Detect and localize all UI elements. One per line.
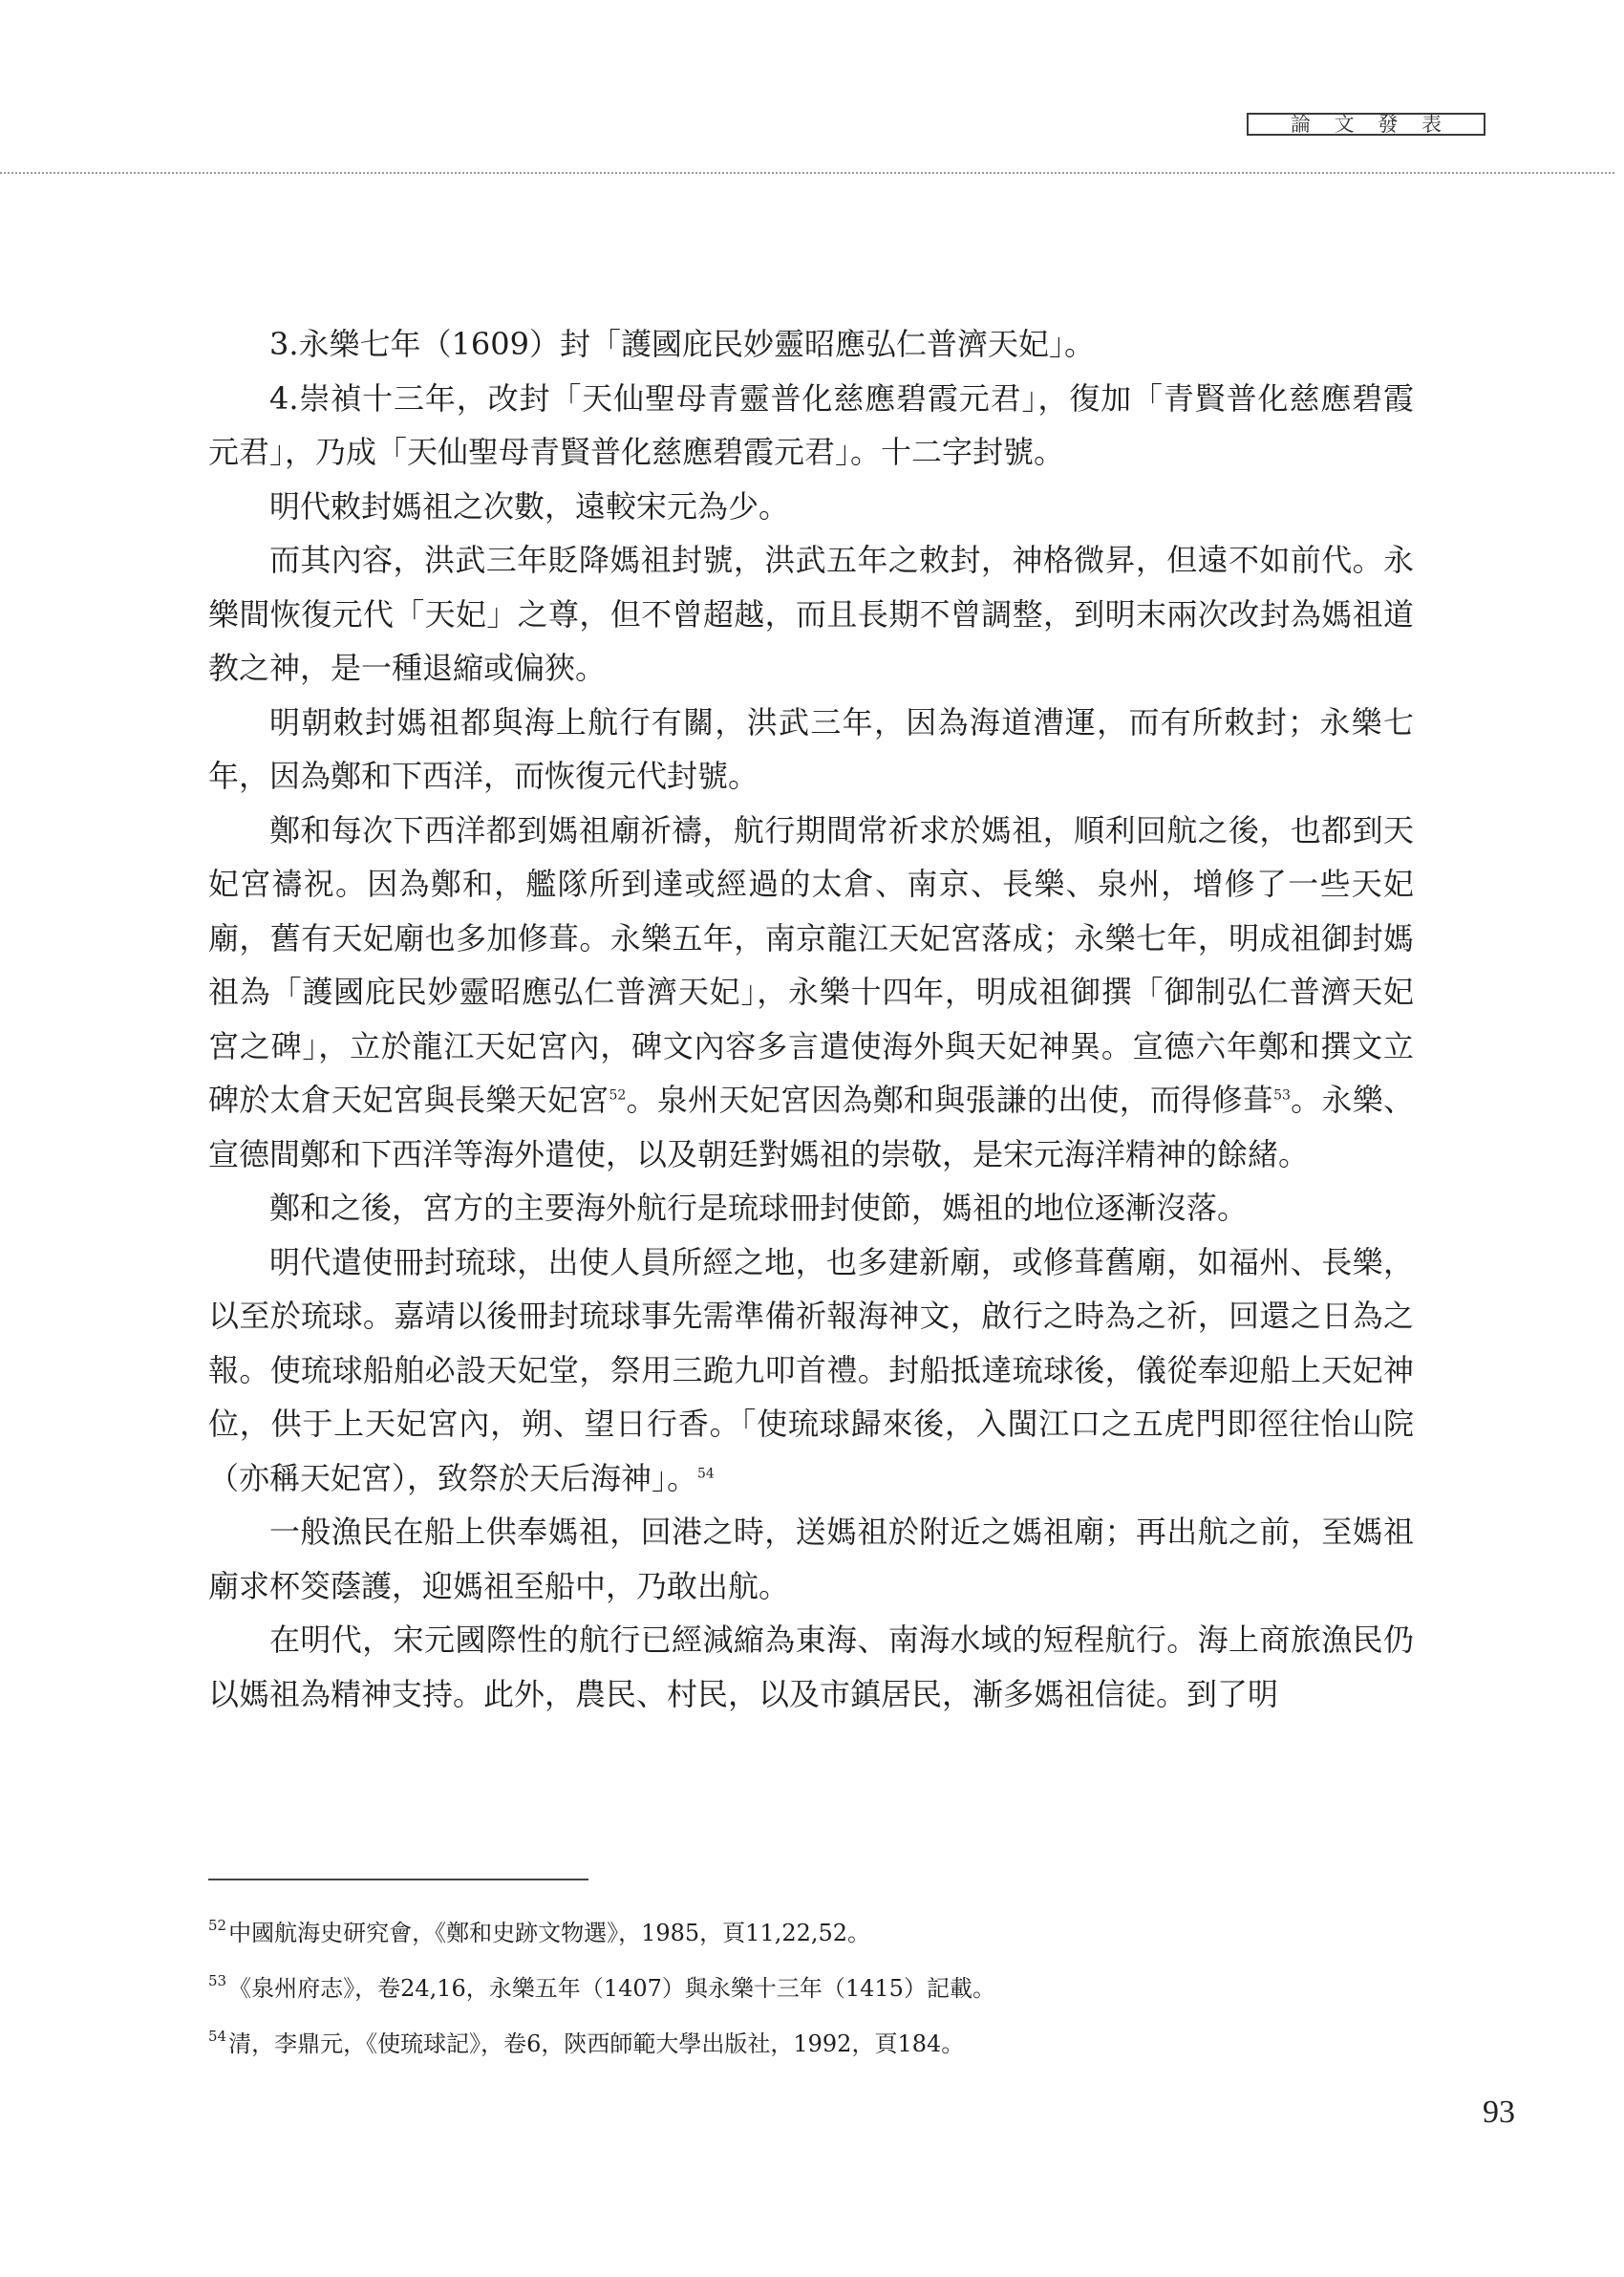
footnote-53: 53《泉州府志》，卷24,16，永樂五年（1407）與永樂十三年（1415）記載…	[208, 1957, 1259, 2012]
paragraph-ryukyu: 明代遣使冊封琉球，出使人員所經之地，也多建新廟，或修葺舊廟，如福州、長樂，以至於…	[208, 1235, 1414, 1506]
paragraph-text: 明代遣使冊封琉球，出使人員所經之地，也多建新廟，或修葺舊廟，如福州、長樂，以至於…	[208, 1244, 1414, 1496]
footnote-number: 53	[208, 1972, 226, 1989]
page-number: 93	[1483, 2094, 1515, 2131]
paragraph: 鄭和之後，宮方的主要海外航行是琉球冊封使節，媽祖的地位逐漸沒落。	[208, 1181, 1414, 1235]
paragraph: 明代敕封媽祖之次數，遠較宋元為少。	[208, 480, 1414, 534]
footnote-number: 52	[208, 1917, 226, 1934]
footnotes: 52中國航海史研究會，《鄭和史跡文物選》，1985，頁11,22,52。 53《…	[208, 1901, 1259, 2068]
paragraph-item-3: 3.永樂七年（1609）封「護國庇民妙靈昭應弘仁普濟天妃」。	[208, 317, 1414, 372]
paragraph-text: 鄭和每次下西洋都到媽祖廟祈禱，航行期間常祈求於媽祖，順利回航之後，也都到天妃宮禱…	[208, 812, 1414, 1119]
paragraph-item-4: 4.崇禎十三年，改封「天仙聖母青靈普化慈應碧霞元君」，復加「青賢普化慈應碧霞元君…	[208, 372, 1414, 480]
body-text: 3.永樂七年（1609）封「護國庇民妙靈昭應弘仁普濟天妃」。 4.崇禎十三年，改…	[208, 317, 1414, 1721]
footnote-text: 中國航海史研究會，《鄭和史跡文物選》，1985，頁11,22,52。	[228, 1920, 870, 1946]
paragraph: 在明代，宋元國際性的航行已經減縮為東海、南海水域的短程航行。海上商旅漁民仍以媽祖…	[208, 1613, 1414, 1721]
paragraph: 一般漁民在船上供奉媽祖，回港之時，送媽祖於附近之媽祖廟；再出航之前，至媽祖廟求杯…	[208, 1505, 1414, 1613]
footnote-text: 《泉州府志》，卷24,16，永樂五年（1407）與永樂十三年（1415）記載。	[228, 1975, 995, 2002]
footnote-number: 54	[208, 2028, 226, 2045]
footnote-divider	[208, 1879, 588, 1880]
footnote-52: 52中國航海史研究會，《鄭和史跡文物選》，1985，頁11,22,52。	[208, 1901, 1259, 1957]
section-header-box: 論 文 發 表	[1247, 113, 1485, 136]
footnote-ref-53[interactable]: 53	[1273, 1087, 1291, 1103]
paragraph-text: 。泉州天妃宮因為鄭和與張謙的出使，而得修葺	[626, 1082, 1273, 1118]
paragraph-zheng-he: 鄭和每次下西洋都到媽祖廟祈禱，航行期間常祈求於媽祖，順利回航之後，也都到天妃宮禱…	[208, 804, 1414, 1182]
paragraph: 明朝敕封媽祖都與海上航行有關，洪武三年，因為海道漕運，而有所敕封；永樂七年，因為…	[208, 696, 1414, 804]
paragraph: 而其內容，洪武三年貶降媽祖封號，洪武五年之敕封，神格微昇，但遠不如前代。永樂間恢…	[208, 533, 1414, 696]
footnote-54: 54清，李鼎元，《使琉球記》，卷6，陝西師範大學出版社，1992，頁184。	[208, 2012, 1259, 2068]
section-label: 論 文 發 表	[1291, 115, 1450, 135]
header-dotted-divider	[0, 172, 1614, 174]
footnote-ref-52[interactable]: 52	[609, 1087, 626, 1103]
footnote-ref-54[interactable]: 54	[697, 1466, 715, 1481]
footnote-text: 清，李鼎元，《使琉球記》，卷6，陝西師範大學出版社，1992，頁184。	[228, 2030, 964, 2057]
